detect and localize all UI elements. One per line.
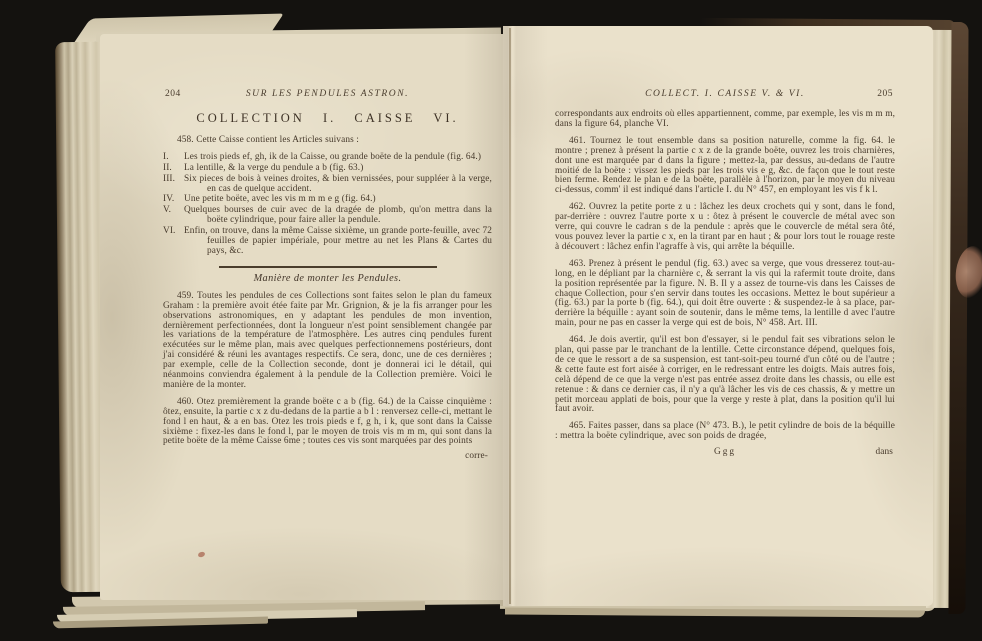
signature-mark: Ggg (555, 448, 895, 458)
right-page: COLLECT. I. CAISSE V. & VI. 205 correspo… (503, 26, 933, 606)
article-number: V. (163, 206, 184, 216)
running-head-text: SUR LES PENDULES ASTRON. (246, 89, 409, 99)
article-item: V.Quelques bourses de cuir avec de la dr… (163, 206, 492, 226)
running-head-right: COLLECT. I. CAISSE V. & VI. 205 (555, 90, 895, 104)
page-number: 204 (165, 90, 181, 100)
section-title: COLLECTION I. CAISSE VI. (163, 114, 492, 124)
article-text: Les trois pieds ef, gh, ik de la Caisse,… (184, 152, 481, 162)
catchword: corre- (163, 452, 492, 462)
article-number: III. (163, 175, 184, 185)
article-text: Quelques bourses de cuir avec de la drag… (184, 205, 492, 225)
article-text: La lentille, & la verge du pendule a b (… (184, 163, 363, 173)
intro-line: 458. Cette Caisse contient les Articles … (163, 136, 492, 146)
paragraph-461: 461. Tournez le tout ensemble dans sa po… (555, 137, 895, 196)
paragraph-462: 462. Ouvrez la petite porte z u : lâchez… (555, 203, 895, 253)
book-photo-scene: 204 SUR LES PENDULES ASTRON. COLLECTION … (0, 0, 982, 641)
article-number: II. (163, 164, 184, 174)
article-text: Enfin, on trouve, dans la même Caisse si… (184, 226, 492, 256)
paragraph-459: 459. Toutes les pendules de ces Collecti… (163, 292, 492, 391)
paragraph-continuation: correspondants aux endroits où elles app… (555, 110, 895, 130)
article-text: Six pieces de bois à veines droites, & b… (184, 174, 492, 194)
signature-row: Ggg dans (555, 448, 895, 460)
paragraph-465: 465. Faites passer, dans sa place (N° 47… (555, 422, 895, 442)
page-number: 205 (877, 90, 893, 100)
article-item: VI.Enfin, on trouve, dans la même Caisse… (163, 227, 492, 257)
left-page-text: 204 SUR LES PENDULES ASTRON. COLLECTION … (163, 90, 492, 462)
book-cover-right (948, 22, 968, 614)
running-head-text: COLLECT. I. CAISSE V. & VI. (645, 89, 805, 99)
running-head-left: 204 SUR LES PENDULES ASTRON. (163, 90, 492, 104)
article-number: IV. (163, 195, 184, 205)
article-number: VI. (163, 227, 184, 237)
article-item: III.Six pieces de bois à veines droites,… (163, 175, 492, 195)
subsection-heading: Manière de monter les Pendules. (163, 274, 492, 284)
paragraph-463: 463. Prenez à présent le pendul (fig. 63… (555, 260, 895, 329)
paragraph-460: 460. Otez premièrement la grande boëte c… (163, 398, 492, 448)
article-number: I. (163, 153, 184, 163)
right-page-text: COLLECT. I. CAISSE V. & VI. 205 correspo… (555, 90, 895, 460)
article-list: I.Les trois pieds ef, gh, ik de la Caiss… (163, 153, 492, 257)
left-page: 204 SUR LES PENDULES ASTRON. COLLECTION … (100, 34, 503, 600)
section-rule (219, 266, 437, 268)
catchword: dans (875, 448, 893, 458)
paragraph-464: 464. Je dois avertir, qu'il est bon d'es… (555, 336, 895, 415)
article-item: II.La lentille, & la verge du pendule a … (163, 164, 492, 174)
article-item: IV.Une petite boëte, avec les vis m m m … (163, 195, 492, 205)
article-text: Une petite boëte, avec les vis m m m e g… (184, 194, 376, 204)
article-item: I.Les trois pieds ef, gh, ik de la Caiss… (163, 153, 492, 163)
